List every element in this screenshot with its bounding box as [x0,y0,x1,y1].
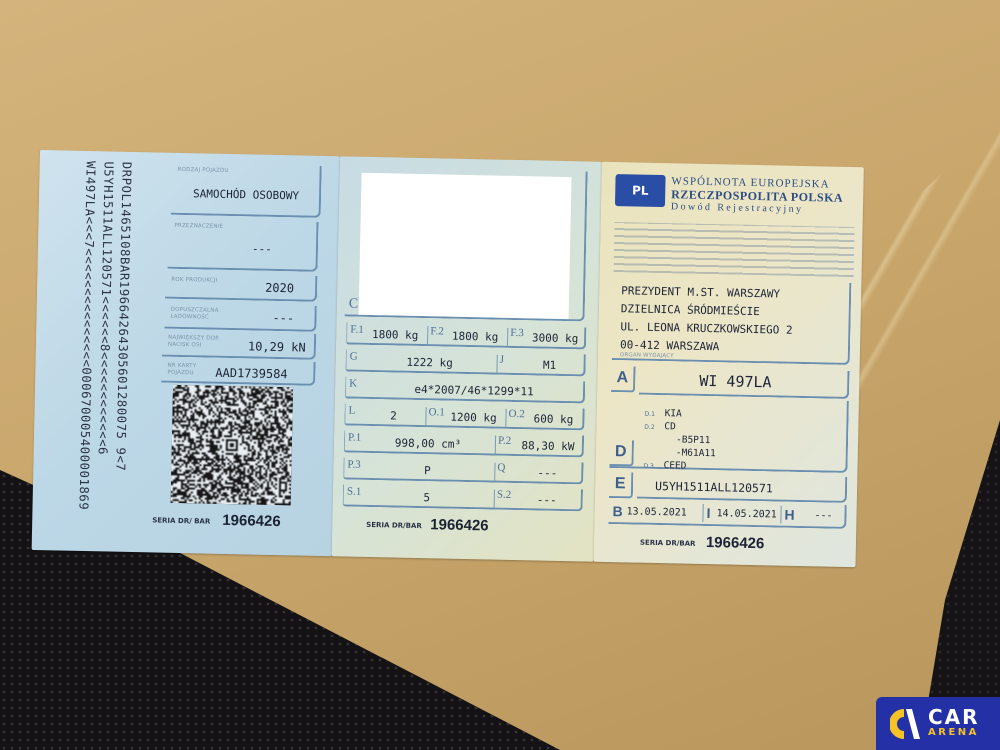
field-vehicle-type: RODZAJ POJAZDU SAMOCHÓD OSOBOWY [171,163,322,218]
code-E: E [609,472,634,498]
code-H: H [784,507,794,523]
car-arena-logo: CAR ARENA [876,697,1000,750]
field-code: F.2 [430,325,444,337]
field-value: 600 kg [525,412,581,426]
data-matrix-code [171,385,293,505]
field-code: F.3 [510,327,524,339]
logo-text-arena: ARENA [928,727,979,738]
redacted-area [359,173,572,319]
car-arena-logo-icon [890,707,920,741]
series-label: SERIA DR/BAR [640,539,696,548]
field-code: O.2 [508,408,524,420]
mrz-block: DRPOL1465108BAR19664264305601280075 9<7 … [60,161,136,522]
eu-flag-icon: PL [615,174,666,207]
technical-row: P.3PQ--- [343,457,583,484]
series-number: 1966426 [430,516,489,534]
technical-row: Ke4*2007/46*1299*11 [345,376,585,403]
first-registration-date: 13.05.2021 [626,506,686,518]
series-label: SERIA DR/ BAR [152,516,210,525]
logo-text-car: CAR [928,705,980,729]
field-registration-number: WI 497LA [639,367,850,399]
field-purpose: PRZEZNACZENIE --- [168,219,319,272]
field-make-model: D.1KIAD.2CD-B5P11-M61A11D.3CEED [609,396,848,473]
legal-fine-print [614,222,855,277]
code-D: D [610,440,635,466]
header-doc-type: Dowód Rejestracyjny [671,201,804,215]
field-code: P.1 [348,432,361,444]
field-value: 88,30 kW [515,439,581,453]
field-value: 5 [364,490,490,506]
field-code: P.2 [498,435,511,447]
technical-row: P.1998,00 cm³P.288,30 kW [344,430,584,457]
field-axle-load: NAJWIĘKSZY DOP. NACISK OSI 10,29 kN [162,331,317,360]
field-value: 2 [365,409,421,423]
code-I: I [706,505,710,521]
technical-row: G1222 kgJM1 [345,349,585,376]
field-code: J [500,354,505,366]
series-number: 1966426 [706,534,765,552]
left-panel: DRPOL1465108BAR19664264305601280075 9<7 … [32,150,340,556]
series-label: SERIA DR/BAR [366,521,422,530]
field-value: M1 [516,358,582,372]
field-value: 3000 kg [527,331,583,345]
code-B: B [612,503,622,519]
middle-panel: C F.11800 kgF.21800 kgF.33000 kgG1222 kg… [332,156,602,561]
code-A: A [611,366,636,392]
field-value: e4*2007/46*1299*11 [366,382,582,400]
field-code: O.1 [428,406,444,418]
field-code: F.1 [350,324,364,336]
field-code: L [348,405,355,417]
validity-value: --- [814,510,832,521]
dates-row: B 13.05.2021 I 14.05.2021 H --- [608,500,846,529]
field-value: P [364,463,490,479]
issuer-box: PREZYDENT M.ST. WARSZAWY DZIELNICA ŚRÓDM… [612,278,852,365]
field-value: --- [514,466,580,480]
field-value: --- [514,493,580,507]
field-payload: DOPUSZCZALNA ŁADOWNOŚĆ --- [164,303,317,332]
field-code: P.3 [347,459,360,471]
field-value: 1800 kg [447,330,503,344]
technical-row: L2O.11200 kgO.2600 kg [344,403,584,430]
field-value: 1800 kg [367,328,423,342]
field-value: 998,00 cm³ [365,436,491,452]
field-code: Q [497,462,505,474]
field-vehicle-card-number: NR KARTY POJAZDU AAD1739584 [161,359,315,386]
right-panel: PL WSPÓLNOTA EUROPEJSKA RZECZPOSPOLITA P… [593,162,863,567]
field-code: G [350,351,358,363]
technical-row: F.11800 kgF.21800 kgF.33000 kg [346,322,586,349]
series-number: 1966426 [222,512,281,530]
field-value: 1222 kg [367,355,493,371]
field-value: 1200 kg [445,411,501,425]
field-production-year: ROK PRODUKCJI 2020 [165,273,318,302]
issue-date: 14.05.2021 [716,508,776,520]
technical-row: S.15S.2--- [343,484,583,511]
field-vin: U5YH1511ALL120571 [637,473,847,503]
field-code: S.1 [347,486,362,498]
registration-certificate: DRPOL1465108BAR19664264305601280075 9<7 … [31,150,869,577]
field-code: K [349,378,357,390]
field-code: S.2 [497,489,512,501]
